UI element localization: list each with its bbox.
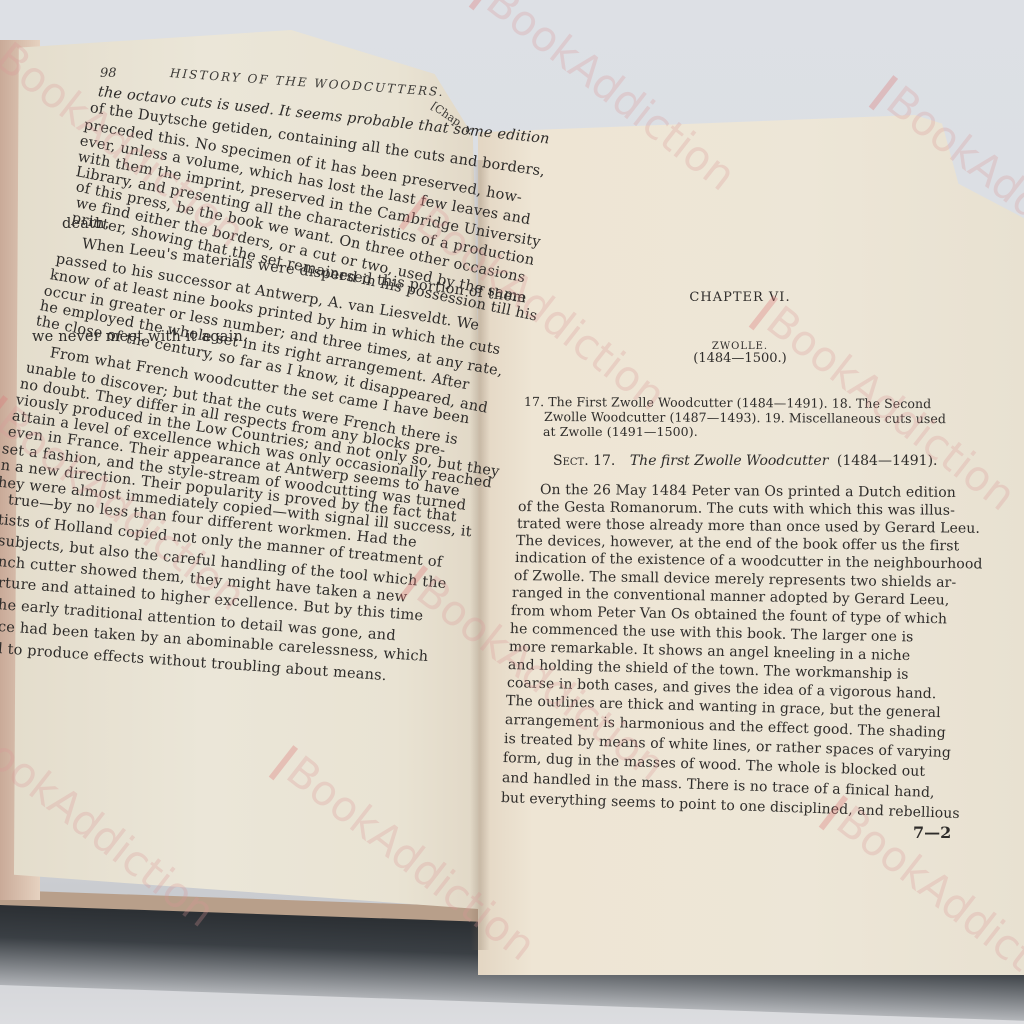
section-title: The first Zwolle Woodcutter xyxy=(630,453,829,469)
photo-scene: 98 HISTORY OF THE WOODCUTTERS. [Chap. v.… xyxy=(0,0,1024,1024)
section-label: Sect. 17. xyxy=(553,453,615,469)
text-line: On the 26 May 1484 Peter van Os printed … xyxy=(540,482,956,501)
page-number: 98 xyxy=(100,66,117,81)
section-dates: (1484—1491). xyxy=(837,453,938,469)
text-line: we never meet with it again. xyxy=(32,329,248,345)
signature-mark: 7—2 xyxy=(913,823,951,842)
chapter-title: CHAPTER VI. xyxy=(490,290,990,305)
chapter-dates: (1484—1500.) xyxy=(490,351,990,366)
section-heading: Sect. 17. The first Zwolle Woodcutter (1… xyxy=(553,453,938,469)
text-line: death. xyxy=(62,216,109,232)
contents-line: at Zwolle (1491—1500). xyxy=(543,424,698,439)
